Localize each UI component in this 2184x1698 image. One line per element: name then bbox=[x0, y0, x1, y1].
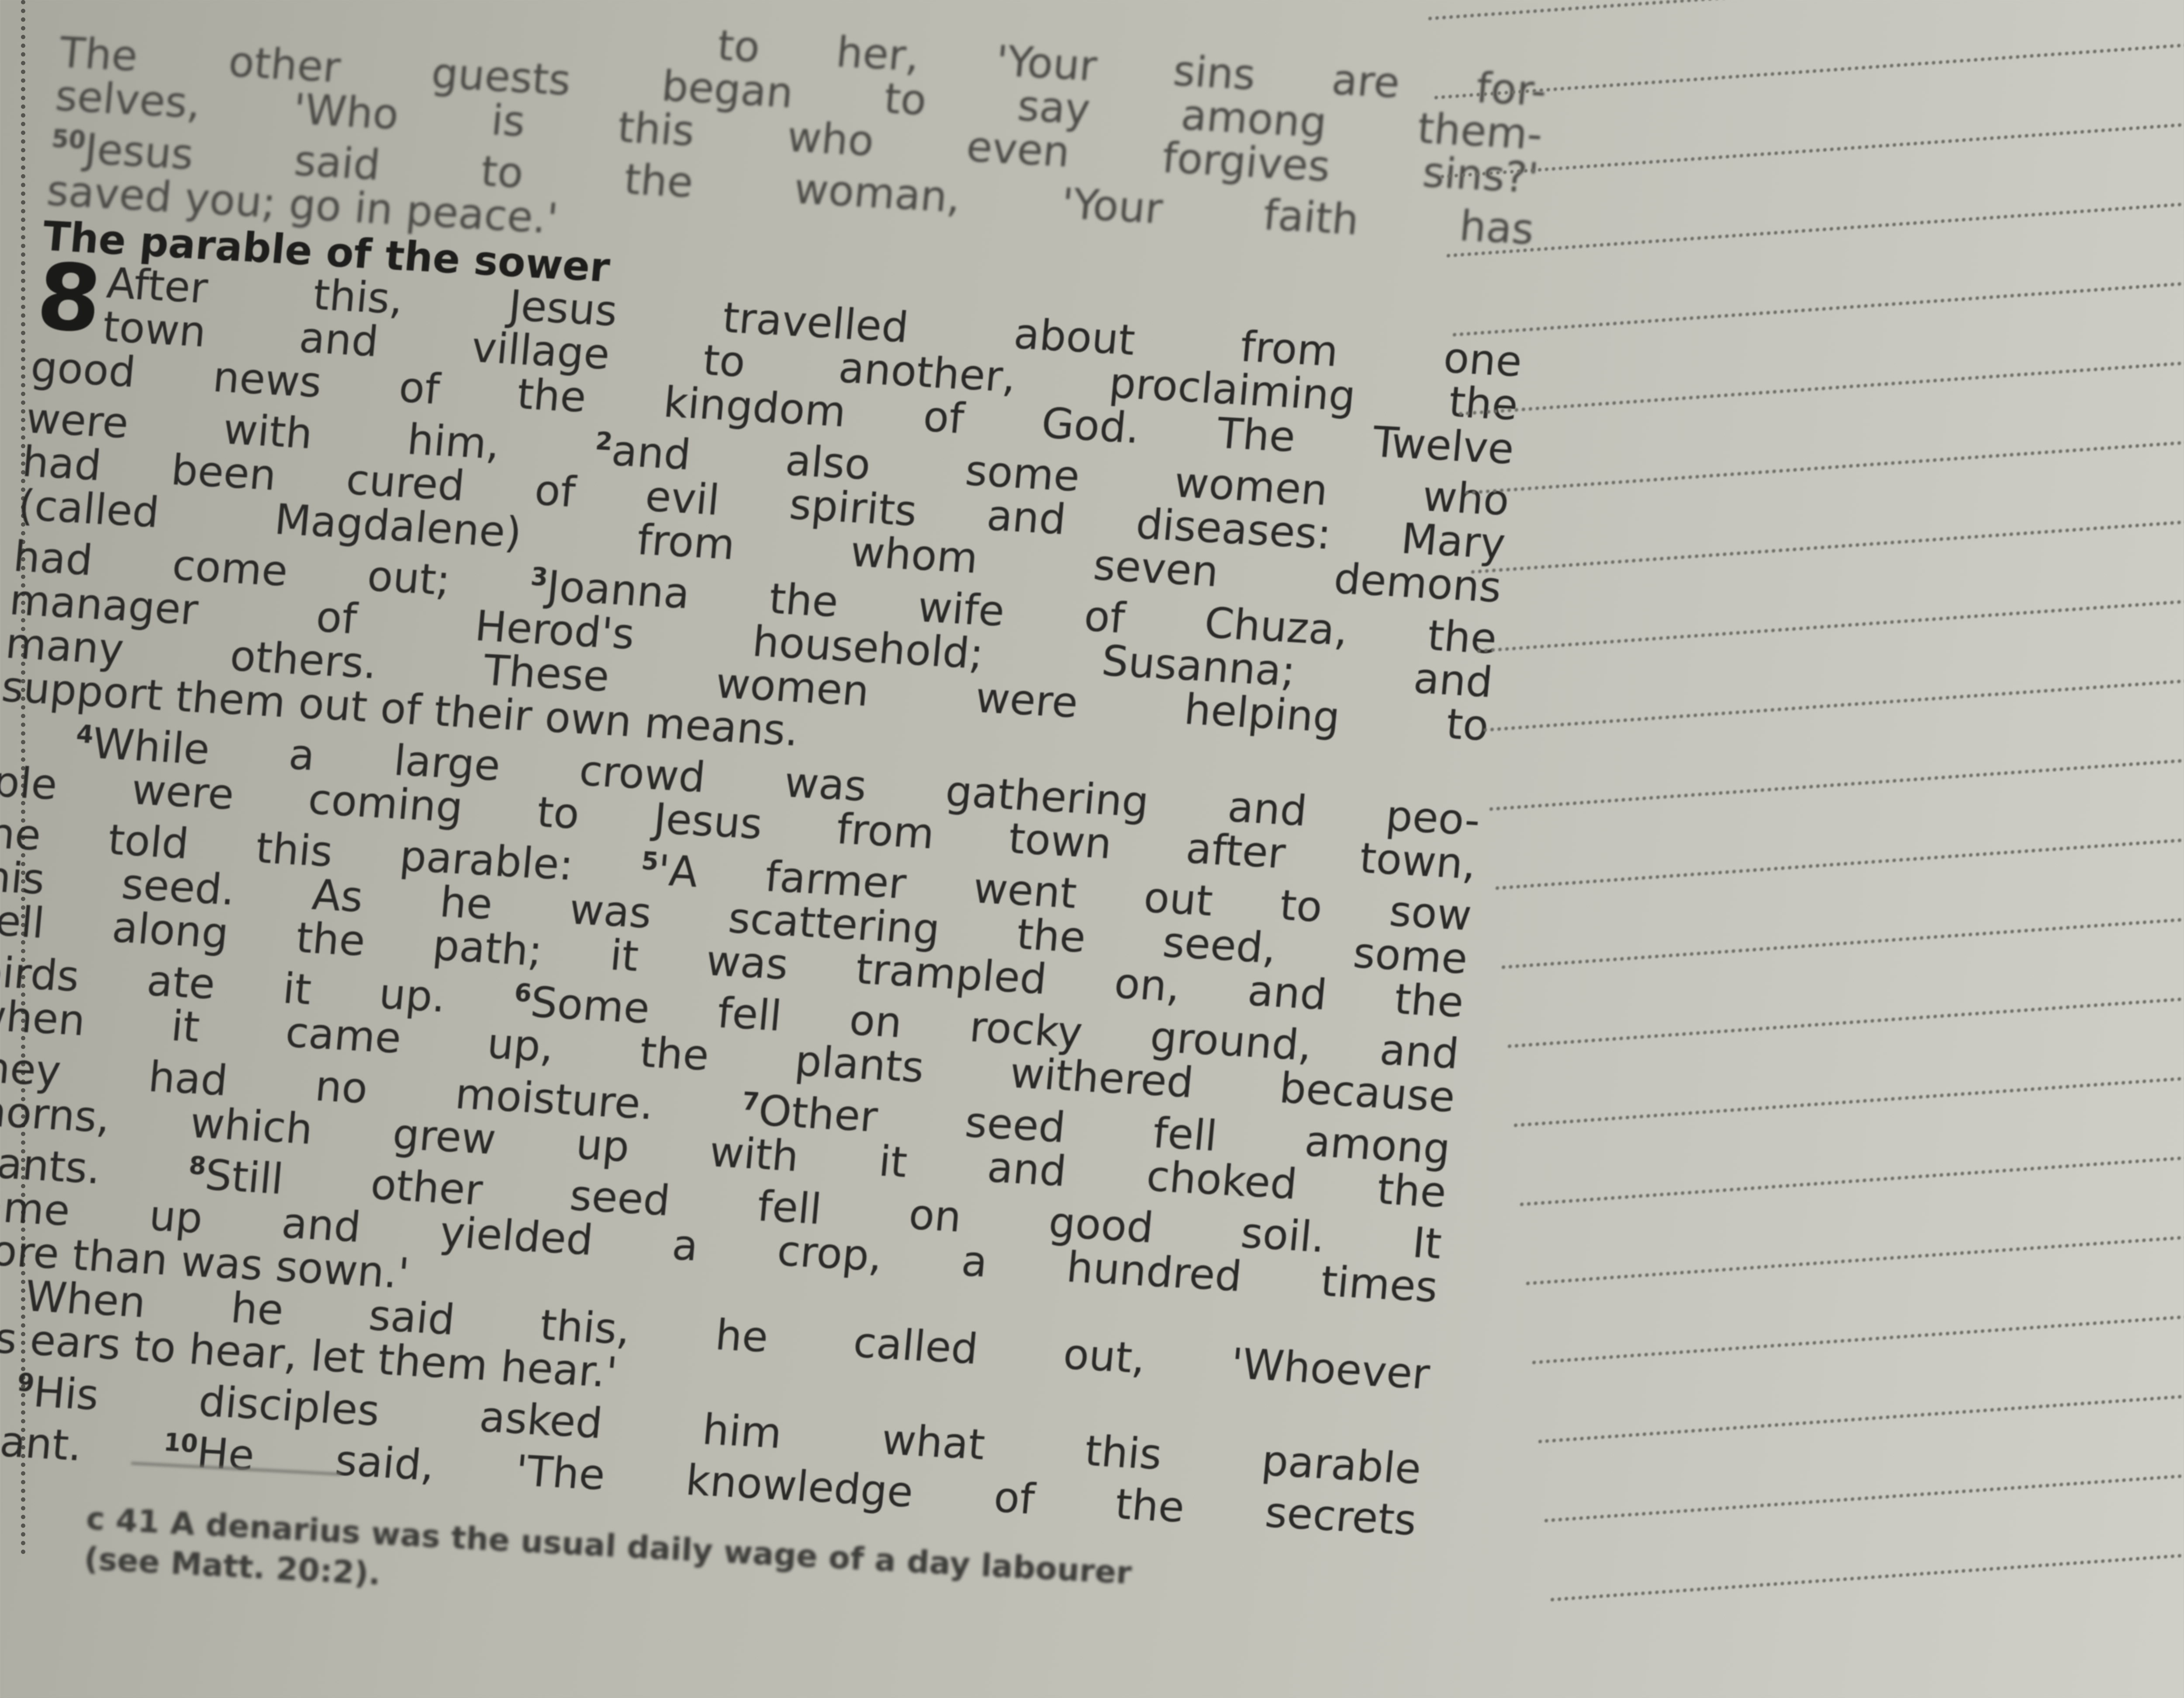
ruled-line bbox=[1465, 433, 2184, 495]
ruled-line bbox=[1496, 831, 2184, 890]
ruled-line bbox=[1508, 990, 2184, 1048]
ruled-line bbox=[1551, 1546, 2184, 1601]
chapter-body: 8 After this, Jesus travelled about from… bbox=[0, 258, 1524, 1543]
ruled-line bbox=[1459, 354, 2184, 416]
ruled-line bbox=[1526, 1228, 2184, 1285]
ruled-line bbox=[1538, 1387, 2184, 1443]
verse-number: 5 bbox=[640, 847, 660, 877]
verse-number: 10 bbox=[162, 1429, 199, 1459]
verse-number: 2 bbox=[594, 427, 614, 456]
ruled-line bbox=[1471, 513, 2184, 574]
ruled-line bbox=[1453, 274, 2184, 337]
verse-number: 7 bbox=[741, 1087, 760, 1117]
verse-number: 6 bbox=[513, 979, 533, 1008]
verse-number: 3 bbox=[529, 563, 549, 592]
bible-page: to her, 'Your sins are for- The other gu… bbox=[0, 0, 2184, 1698]
ruled-line bbox=[1447, 195, 2184, 258]
ruled-line bbox=[1428, 0, 2184, 21]
verse-number: 8 bbox=[188, 1152, 207, 1181]
journaling-ruled-lines bbox=[1420, 0, 2184, 1698]
verse-number: 4 bbox=[75, 720, 95, 749]
ruled-line bbox=[1477, 592, 2184, 653]
ruled-line bbox=[1532, 1308, 2184, 1364]
ruled-line bbox=[1502, 910, 2184, 969]
ruled-line bbox=[1434, 36, 2184, 99]
scripture-column: to her, 'Your sins are for- The other gu… bbox=[0, 0, 1548, 1543]
ruled-line bbox=[1483, 672, 2184, 732]
verse-number: 9 bbox=[16, 1369, 36, 1398]
ruled-line bbox=[1545, 1467, 2184, 1522]
ruled-line bbox=[1489, 751, 2184, 811]
chapter-number: 8 bbox=[34, 258, 104, 340]
verse-number: 50 bbox=[50, 125, 87, 155]
ruled-line bbox=[1514, 1069, 2184, 1127]
footnote-ref: c 41 bbox=[85, 1500, 160, 1540]
ruled-line bbox=[1520, 1149, 2184, 1206]
ruled-line bbox=[1441, 115, 2184, 178]
